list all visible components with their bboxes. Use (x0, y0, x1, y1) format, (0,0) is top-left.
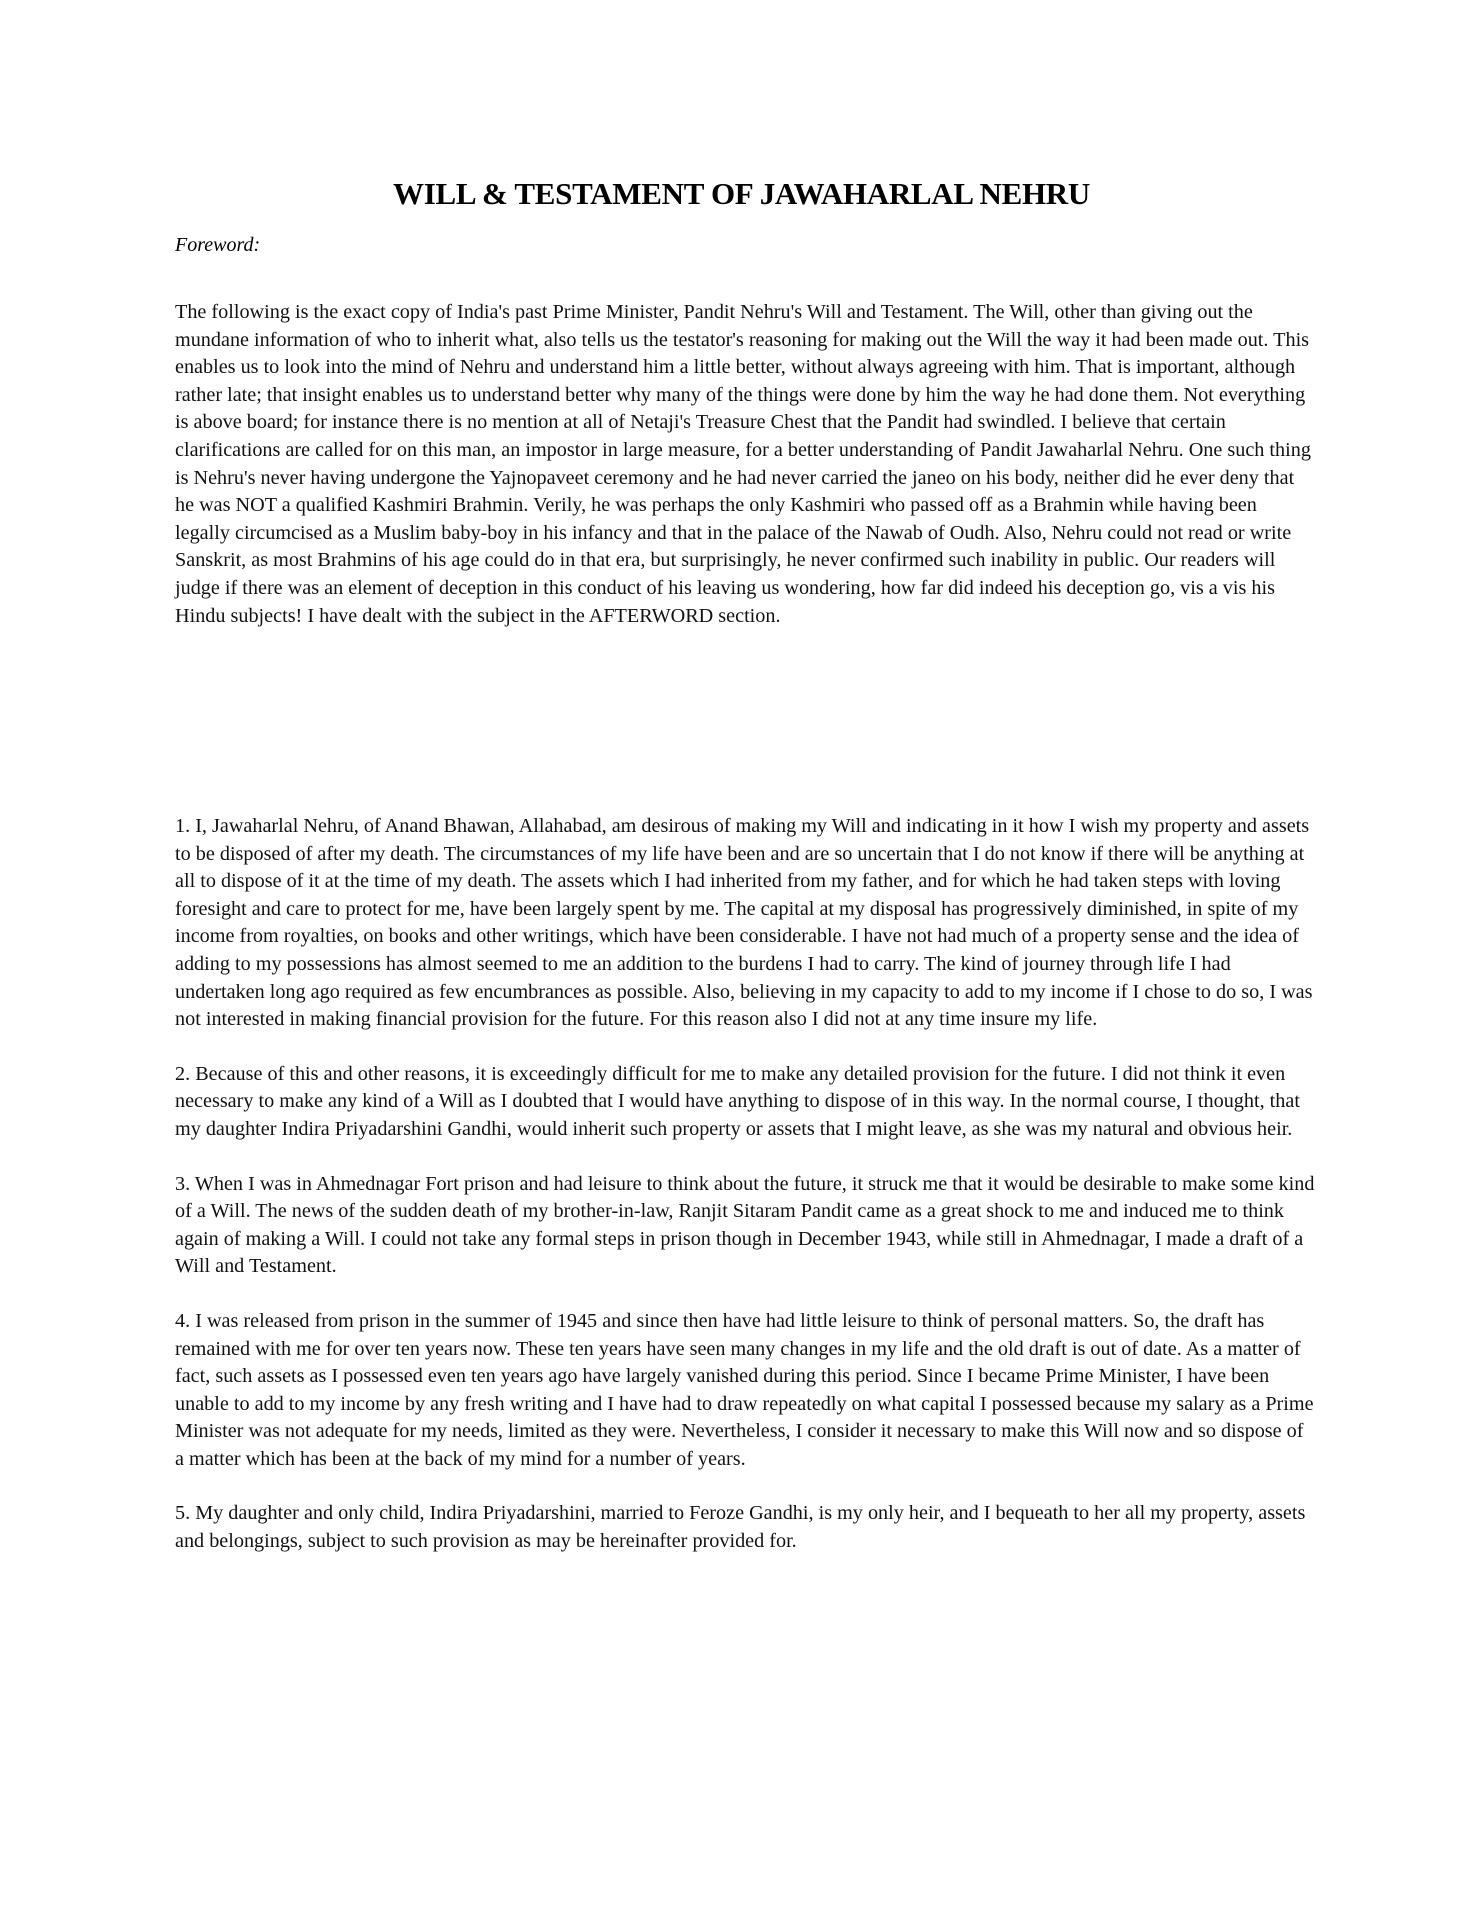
will-clause-1: 1. I, Jawaharlal Nehru, of Anand Bhawan,… (175, 813, 1315, 1034)
document-title: WILL & TESTAMENT OF JAWAHARLAL NEHRU (0, 176, 1483, 212)
document-page: WILL & TESTAMENT OF JAWAHARLAL NEHRU For… (0, 0, 1483, 1920)
will-clauses: 1. I, Jawaharlal Nehru, of Anand Bhawan,… (175, 813, 1315, 1583)
will-clause-3: 3. When I was in Ahmednagar Fort prison … (175, 1171, 1315, 1281)
foreword-paragraph: The following is the exact copy of India… (175, 299, 1315, 630)
will-clause-2: 2. Because of this and other reasons, it… (175, 1061, 1315, 1144)
foreword-heading: Foreword: (175, 234, 260, 257)
will-clause-4: 4. I was released from prison in the sum… (175, 1308, 1315, 1474)
will-clause-5: 5. My daughter and only child, Indira Pr… (175, 1500, 1315, 1555)
